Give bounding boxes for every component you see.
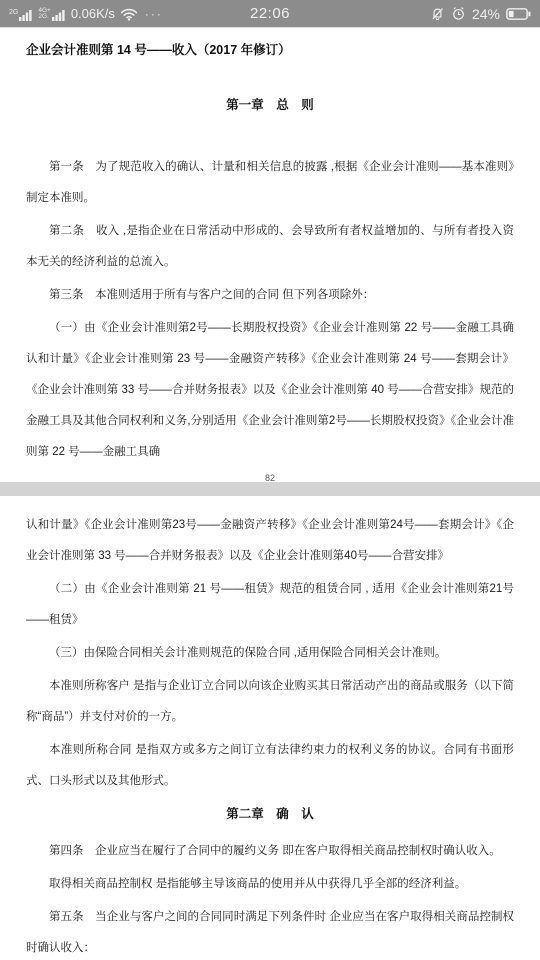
paragraph-article-3-item-2: （二）由《企业会计准则第 21 号——租赁》规范的租赁合同 , 适用《企业会计准… [26,574,514,636]
wifi-icon [120,7,138,21]
chapter-2-heading: 第二章 确 认 [26,799,514,830]
paragraph-article-3-item-1: （一）由《企业会计准则第2号——长期股权投资》《企业会计准则第 22 号——金融… [26,313,514,468]
paragraph-contract-definition: 本准则所称合同 是指双方或多方之间订立有法律约束力的权利义务的协议。合同有书面形… [26,735,514,797]
paragraph-article-4: 第四条 企业应当在履行了合同中的履约义务 即在客户取得相关商品控制权时确认收入。 [26,836,514,867]
signal-2-type-bottom: 2G. [38,14,50,21]
paragraph-article-1: 第一条 为了规范收入的确认、计量和相关信息的披露 ,根据《企业会计准则——基本准… [26,152,514,214]
paragraph-article-3-item-1-continued: 认和计量》《企业会计准则第23号——金融资产转移》《企业会计准则第24号——套期… [26,510,514,572]
signal-2-bars-icon [52,7,66,21]
paragraph-article-3: 第三条 本准则适用于所有与客户之间的合同 但下列各项除外： [26,280,514,311]
battery-icon [506,7,531,21]
network-speed-label: 0.06K/s [71,6,115,21]
status-bar-right: 24% [430,6,531,22]
signal-2-network-type-label: 4G+ 2G. [38,8,50,21]
paragraph-customer-definition: 本准则所称客户 是指与企业订立合同以向该企业购买其日常活动产出的商品或服务（以下… [26,671,514,733]
signal-strength-2-icon: 4G+ 2G. [38,7,65,21]
bell-off-icon [430,6,445,21]
alarm-icon [451,6,466,21]
signal-network-type-label: 2G [9,9,18,16]
status-bar-clock: 22:06 [250,5,290,22]
document-page-1: 企业会计准则第 14 号——收入（2017 年修订） 第一章 总 则 第一条 为… [0,27,540,482]
document-viewer[interactable]: 企业会计准则第 14 号——收入（2017 年修订） 第一章 总 则 第一条 为… [0,27,540,960]
battery-percent-label: 24% [472,6,500,22]
more-status-icons-indicator: ··· [145,7,163,21]
signal-bars-icon [19,7,33,21]
status-bar-left: 2G 4G+ 2G. 0.06K/s [9,6,163,21]
signal-strength-icon: 2G [9,7,33,21]
document-title: 企业会计准则第 14 号——收入（2017 年修订） [26,36,514,64]
paragraph-article-3-item-3: （三）由保险合同相关会计准则规范的保险合同 ,适用保险合同相关会计准则。 [26,638,514,669]
status-bar: 2G 4G+ 2G. 0.06K/s [0,0,540,27]
chapter-1-heading: 第一章 总 则 [26,90,514,121]
document-page-2: 认和计量》《企业会计准则第23号——金融资产转移》《企业会计准则第24号——套期… [0,496,540,945]
paragraph-control-definition: 取得相关商品控制权 是指能够主导该商品的使用并从中获得几乎全部的经济利益。 [26,869,514,900]
paragraph-article-5: 第五条 当企业与客户之间的合同同时满足下列条件时 企业应当在客户取得相关商品控制… [26,902,514,960]
paragraph-article-2: 第二条 收入 ,是指企业在日常活动中形成的、会导致所有者权益增加的、与所有者投入… [26,216,514,278]
